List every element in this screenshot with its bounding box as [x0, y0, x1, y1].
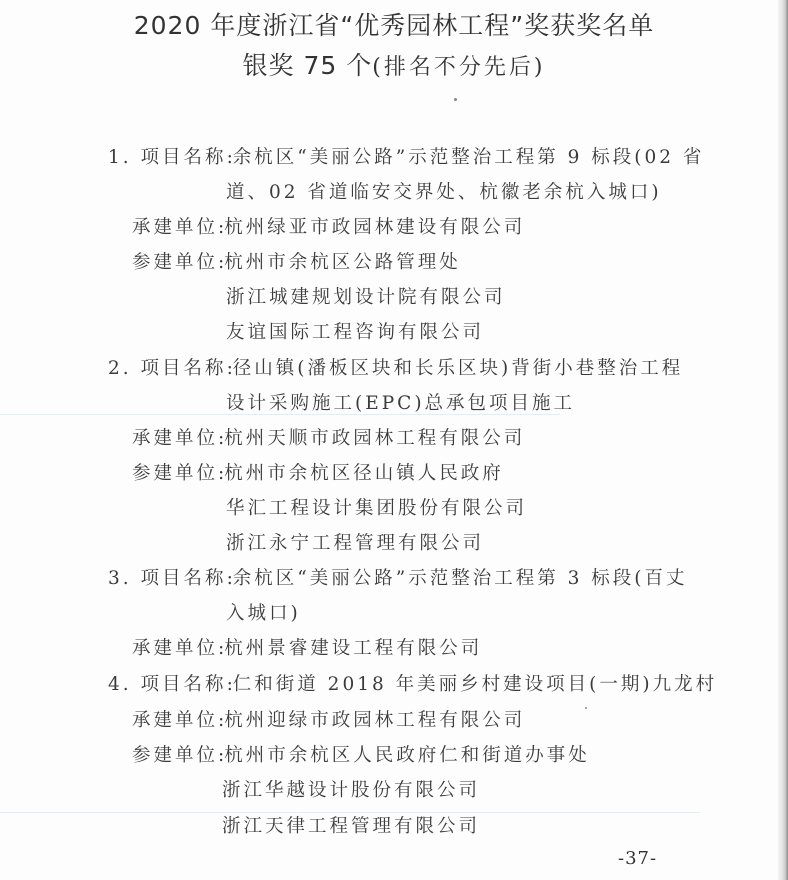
document-title: 2020 年度浙江省“优秀园林工程”奖获奖名单 [0, 6, 788, 42]
participants-line: 参建单位:杭州市余杭区人民政府仁和街道办事处 [132, 741, 590, 767]
participant-value: 杭州市余杭区公路管理处 [224, 252, 461, 273]
contractor-line: 承建单位:杭州迎绿市政园林工程有限公司 [132, 706, 525, 732]
project-name-value: 仁和街道 2018 年美丽乡村建设项目(一期)九龙村 [233, 674, 717, 695]
project-name-continuation: 道、02 省道临安交界处、杭徽老余杭入城口) [226, 178, 662, 204]
page-edge-shadow [778, 0, 788, 880]
participant-value: 浙江天律工程管理有限公司 [222, 812, 480, 838]
project-name-value: 余杭区“美丽公路”示范整治工程第 3 标段(百丈 [233, 568, 688, 589]
project-name-continuation: 设计采购施工(EPC)总承包项目施工 [226, 389, 575, 415]
project-name-line: 2. 项目名称:径山镇(潘板区块和长乐区块)背街小巷整治工程 [108, 354, 683, 380]
document-subtitle: 银奖 75 个(排名不分先后) [0, 46, 788, 82]
project-number: 4. [108, 674, 132, 695]
participant-value: 华汇工程设计集团股份有限公司 [226, 494, 527, 520]
subtitle-award-count: 银奖 75 个 [243, 51, 373, 80]
project-name-line: 4. 项目名称:仁和街道 2018 年美丽乡村建设项目(一期)九龙村 [108, 670, 717, 696]
participants-line: 参建单位:杭州市余杭区径山镇人民政府 [132, 459, 504, 485]
project-name-label: 项目名称 [141, 674, 227, 695]
participants-label: 参建单位 [132, 745, 218, 766]
project-name-line: 1. 项目名称:余杭区“美丽公路”示范整治工程第 9 标段(02 省 [108, 143, 704, 169]
project-name-line: 3. 项目名称:余杭区“美丽公路”示范整治工程第 3 标段(百丈 [108, 564, 687, 590]
participants-line: 参建单位:杭州市余杭区公路管理处 [132, 248, 461, 274]
participant-value: 浙江城建规划设计院有限公司 [226, 283, 506, 309]
contractor-line: 承建单位:杭州天顺市政园林工程有限公司 [132, 424, 525, 450]
participant-value: 杭州市余杭区人民政府仁和街道办事处 [224, 745, 590, 766]
project-name-continuation: 入城口) [226, 599, 301, 625]
participants-label: 参建单位 [132, 252, 218, 273]
project-name-label: 项目名称 [141, 358, 227, 379]
contractor-value: 杭州天顺市政园林工程有限公司 [224, 428, 525, 449]
contractor-label: 承建单位 [132, 710, 218, 731]
participant-value: 杭州市余杭区径山镇人民政府 [224, 463, 504, 484]
project-name-value: 径山镇(潘板区块和长乐区块)背街小巷整治工程 [233, 358, 683, 379]
contractor-value: 杭州景睿建设工程有限公司 [224, 638, 482, 659]
participants-label: 参建单位 [132, 463, 218, 484]
contractor-label: 承建单位 [132, 428, 218, 449]
contractor-label: 承建单位 [132, 638, 218, 659]
scan-speck [454, 98, 457, 101]
project-number: 2. [108, 358, 132, 379]
contractor-value: 杭州迎绿市政园林工程有限公司 [224, 710, 525, 731]
project-name-label: 项目名称 [141, 147, 227, 168]
project-name-label: 项目名称 [141, 568, 227, 589]
participant-value: 友谊国际工程咨询有限公司 [226, 318, 484, 344]
project-number: 3. [108, 568, 132, 589]
subtitle-note: (排名不分先后) [372, 55, 545, 80]
document-page: 2020 年度浙江省“优秀园林工程”奖获奖名单 银奖 75 个(排名不分先后) … [0, 0, 788, 880]
project-number: 1. [108, 147, 132, 168]
contractor-label: 承建单位 [132, 217, 218, 238]
participant-value: 浙江华越设计股份有限公司 [222, 776, 480, 802]
scan-speck [585, 707, 587, 709]
participant-value: 浙江永宁工程管理有限公司 [226, 529, 484, 555]
page-number: -37- [618, 848, 657, 869]
contractor-line: 承建单位:杭州绿亚市政园林建设有限公司 [132, 213, 525, 239]
contractor-line: 承建单位:杭州景睿建设工程有限公司 [132, 634, 482, 660]
contractor-value: 杭州绿亚市政园林建设有限公司 [224, 217, 525, 238]
project-name-value: 余杭区“美丽公路”示范整治工程第 9 标段(02 省 [233, 147, 705, 168]
